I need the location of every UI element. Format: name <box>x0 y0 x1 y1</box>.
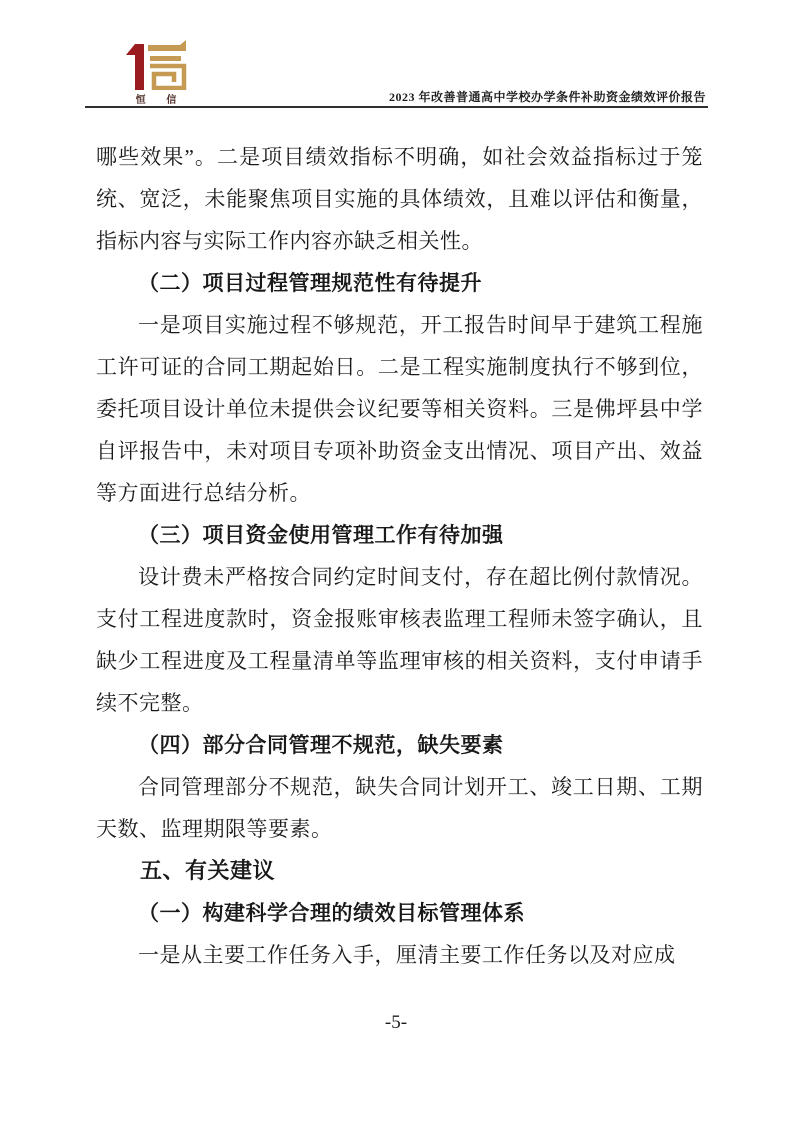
paragraph: 合同管理部分不规范，缺失合同计划开工、竣工日期、工期天数、监理期限等要素。 <box>96 766 703 850</box>
subsection-heading-4: （四）部分合同管理不规范，缺失要素 <box>96 724 703 766</box>
paragraph: 一是从主要工作任务入手，厘清主要工作任务以及对应成 <box>96 934 703 976</box>
report-page: 恒 信 2023 年改善普通高中学校办学条件补助资金绩效评价报告 哪些效果”。二… <box>0 0 792 1121</box>
section-heading-5: 五、有关建议 <box>96 850 703 892</box>
header-divider <box>85 106 708 108</box>
subsection-heading-1: （一）构建科学合理的绩效目标管理体系 <box>96 892 703 934</box>
hengxin-logo-icon <box>120 40 192 90</box>
logo-caption: 恒 信 <box>116 91 196 106</box>
paragraph-continued: 哪些效果”。二是项目绩效指标不明确，如社会效益指标过于笼统、宽泛，未能聚焦项目实… <box>96 136 703 262</box>
document-header-title: 2023 年改善普通高中学校办学条件补助资金绩效评价报告 <box>389 88 706 105</box>
document-body: 哪些效果”。二是项目绩效指标不明确，如社会效益指标过于笼统、宽泛，未能聚焦项目实… <box>96 136 703 976</box>
subsection-heading-3: （三）项目资金使用管理工作有待加强 <box>96 514 703 556</box>
subsection-heading-2: （二）项目过程管理规范性有待提升 <box>96 262 703 304</box>
company-logo: 恒 信 <box>116 40 196 106</box>
paragraph: 一是项目实施过程不够规范，开工报告时间早于建筑工程施工许可证的合同工期起始日。二… <box>96 304 703 514</box>
paragraph: 设计费未严格按合同约定时间支付，存在超比例付款情况。支付工程进度款时，资金报账审… <box>96 556 703 724</box>
page-number: -5- <box>0 1012 792 1034</box>
